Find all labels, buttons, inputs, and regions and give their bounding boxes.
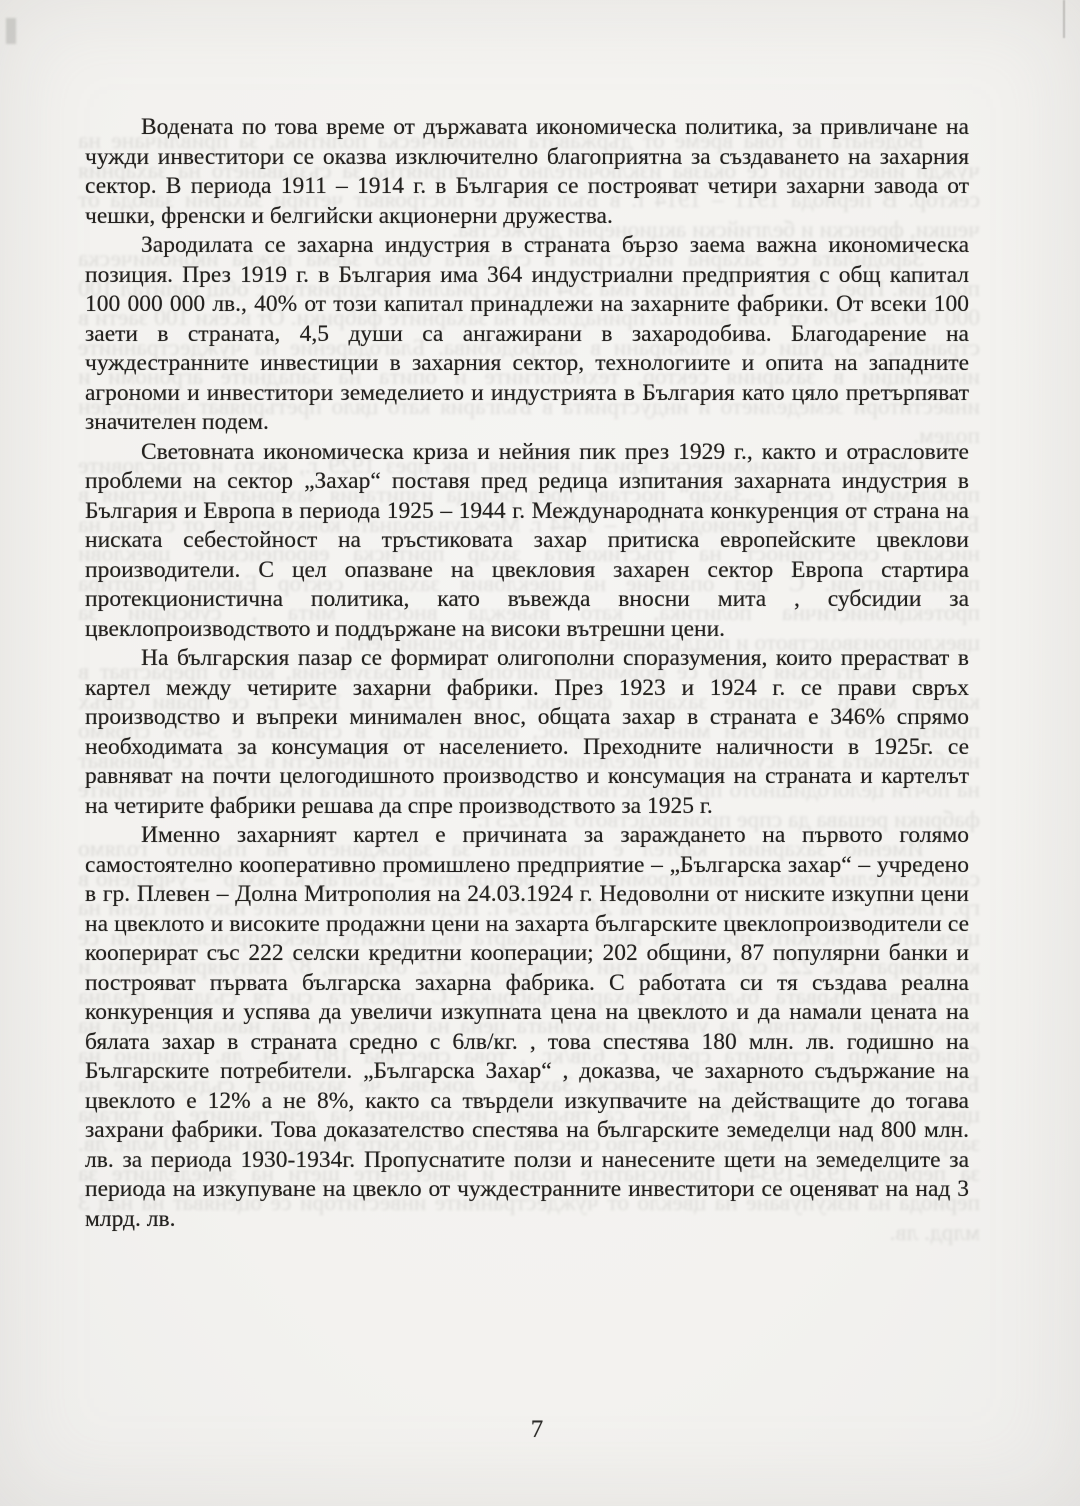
paragraph-world-crisis: Световната икономическа криза и нейния п… — [85, 438, 969, 645]
scanned-document-page: Водената по това време от държавата икон… — [0, 0, 1080, 1506]
page-number: 7 — [0, 1416, 1074, 1444]
scan-edge-artifact — [1063, 0, 1065, 38]
paragraph-sugar-industry-growth: Зародилата се захарна индустрия в страна… — [85, 231, 969, 438]
paragraph-cartel-oligopoly: На българския пазар се формират олигопол… — [85, 644, 969, 821]
paragraph-bulgarska-zahar: Именно захарният картел е причината за з… — [85, 821, 969, 1234]
scan-speck-artifact — [6, 18, 16, 44]
paragraph-state-policy: Водената по това време от държавата икон… — [85, 113, 969, 231]
document-text-block: Водената по това време от държавата икон… — [85, 113, 969, 1234]
